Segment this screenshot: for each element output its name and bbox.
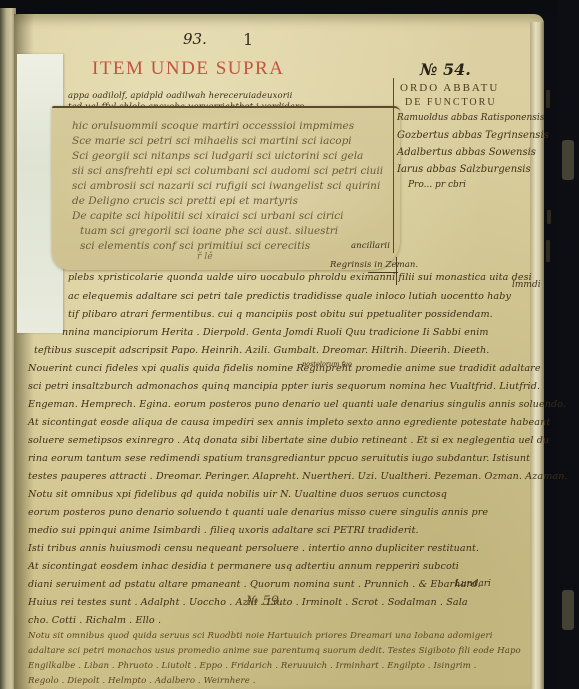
text-line: nnina mancipiorum Herita . Dierpold. Gen… — [62, 327, 489, 338]
binding-tab — [546, 240, 550, 262]
text-line: soluere semetipsos exinregro . Atq donat… — [28, 435, 549, 446]
slip-line: sci elementis conf sci primitiui sci cer… — [80, 240, 310, 252]
index-entry: Ramuoldus abbas Ratisponensis — [397, 113, 544, 123]
index-entry: Gozbertus abbas Tegrinsensis — [397, 130, 549, 141]
binding-tab — [547, 210, 551, 224]
text-line: adaltare sci petri monachos usus promedi… — [28, 646, 521, 656]
folio-number: 93. — [183, 30, 207, 48]
text-line: Isti tribus annis huiusmodi censu nequea… — [28, 543, 479, 554]
binding-tab — [546, 90, 550, 108]
slip-line: Sce marie sci petri sci mihaelis sci mar… — [72, 135, 352, 147]
folio-mark: 1 — [243, 30, 253, 49]
slip-line: Sci georgii sci nitanps sci ludgarii sci… — [72, 150, 363, 162]
index-entry: Iarus abbas Salzburgensis — [397, 164, 531, 175]
slip-line: De capite sci hipolitii sci xiraici sci … — [72, 210, 344, 222]
text-line: cho. Cotti . Richalm . Ello . — [28, 615, 161, 626]
text-line: At sicontingat eosdem inhac desidia t pe… — [28, 561, 459, 572]
text-line: Notu sit omnibus quod quida seruus sci R… — [28, 631, 493, 641]
index-entry: Pro... pr cbri — [408, 180, 466, 190]
text-line: medio sui ppinqui anime Isimbardi . fili… — [28, 525, 419, 536]
background-top — [0, 0, 579, 14]
slip-line: hic orulsuommii scoque martiri occesssio… — [72, 120, 354, 132]
shelf-mark: № 54. — [420, 60, 471, 79]
index-title: DE FUNCTORU — [405, 97, 497, 108]
text-line: teftibus suscepit adscripsit Papo. Heinr… — [34, 345, 489, 356]
slip-line: sii sci ansfrehti epi sci columbani sci … — [72, 165, 383, 177]
manuscript-photo: 93. 1 ITEM UNDE SUPRA № 54. appa oadilol… — [0, 0, 579, 689]
binding-clasp — [562, 590, 574, 630]
text-line: ac elequemis adaltare sci petri tale pre… — [68, 291, 511, 302]
slip-annotation-ancillarii: ancillarii — [351, 241, 390, 251]
text-line: At sicontingat eosde aliqua de causa imp… — [28, 417, 550, 428]
ruled-line-vertical — [393, 78, 394, 253]
header-line: appa oadilolf, apidpld oadilwah hereceru… — [68, 91, 293, 101]
slip-annotation-regrinsis: Regrinsis in Zeman. — [330, 260, 418, 270]
index-entry: Adalbertus abbas Sowensis — [397, 147, 536, 158]
slip-line: de Deligno crucis sci pretti epi et mart… — [72, 195, 298, 207]
text-line: plebs xpristicolarie quonda ualde uiro u… — [68, 272, 532, 283]
text-line: tif plibaro atrari fermentibus. cui q ma… — [68, 309, 493, 320]
text-line: Nouerint cunci fideles xpi qualis quida … — [28, 363, 541, 374]
text-line: eorum posteros puno denario soluendo t q… — [28, 507, 488, 518]
background-right — [557, 0, 579, 689]
faint-annotation: ř lě — [197, 252, 213, 262]
slip-line: tuam sci gregorii sci ioane phe sci aust… — [80, 225, 338, 237]
text-line: sci petri insaltzburch admonachos quinq … — [28, 381, 540, 392]
binding-clasp — [562, 140, 574, 180]
text-line: diani seruiment ad pstatu altare pmanean… — [28, 579, 480, 590]
text-line: Regolo . Diepolt . Helmpto . Adalbero . … — [28, 676, 256, 686]
text-line: Engilkalbe . Liban . Phruoto . Liutolt .… — [28, 661, 477, 671]
text-line: testes pauperes attracti . Dreomar. Peri… — [28, 471, 568, 482]
text-line: rina eorum tantum sese redimendi spatium… — [28, 453, 530, 464]
text-line: Engeman. Hemprech. Egina. eorum posteros… — [28, 399, 566, 410]
slip-line: sci ambrosii sci nazarii sci rufigii sci… — [72, 180, 380, 192]
index-title: ORDO ABBATU — [400, 82, 499, 94]
folio-annotation: № 59. — [246, 594, 283, 609]
text-line: Notu sit omnibus xpi fidelibus qd quida … — [28, 489, 447, 500]
rubric-heading: ITEM UNDE SUPRA — [92, 58, 284, 80]
